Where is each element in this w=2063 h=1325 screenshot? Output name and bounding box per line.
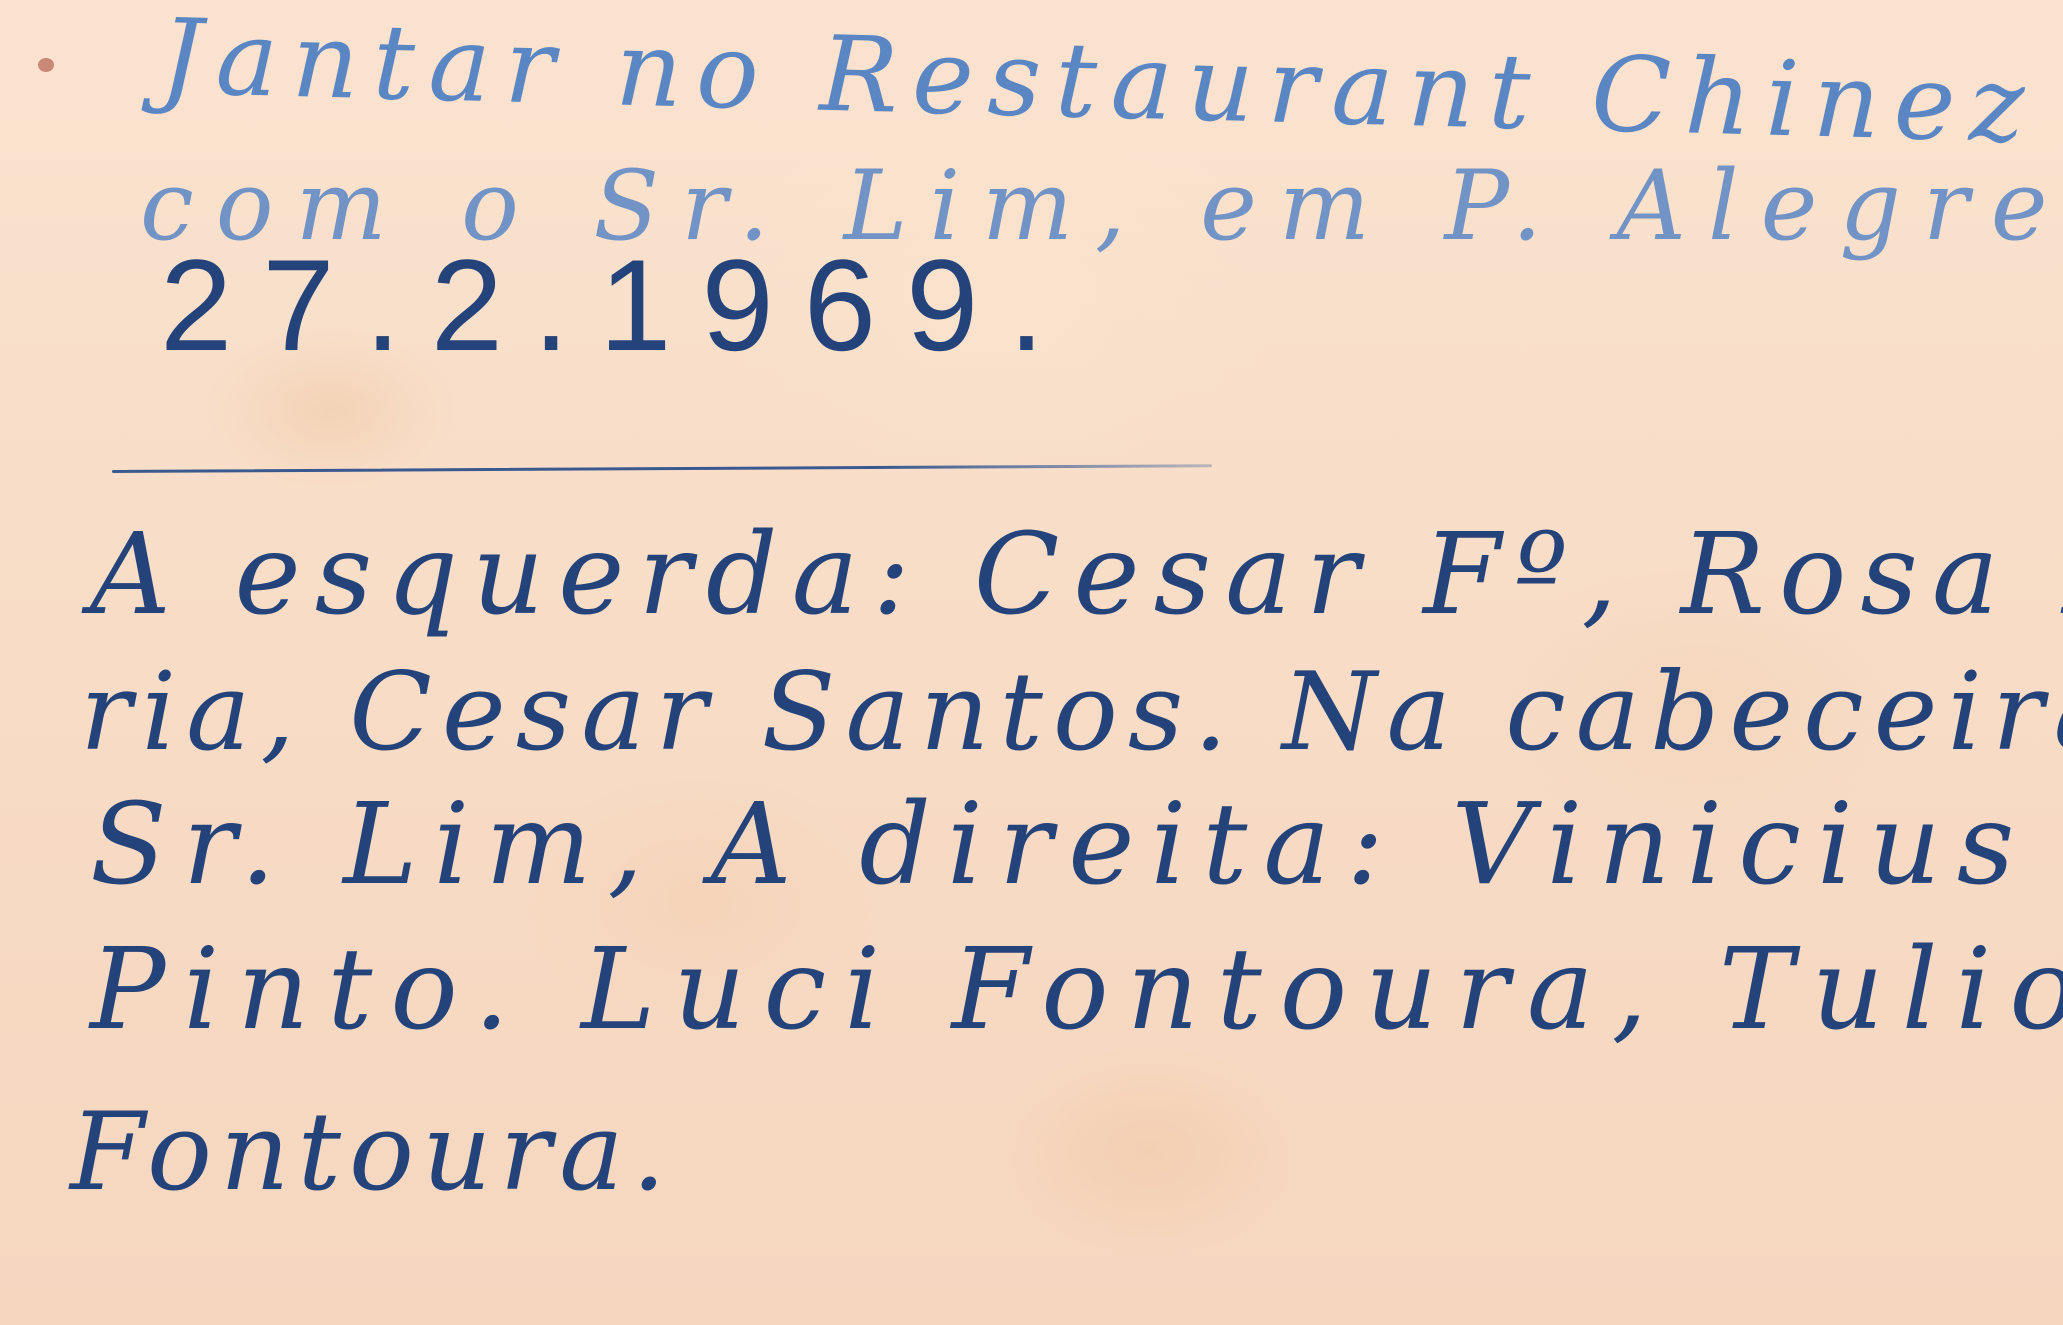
body-line-5: Fontoura. — [70, 1090, 674, 1215]
body-line-2: ria, Cesar Santos. Na cabeceira — [80, 650, 2063, 775]
header-line-1: Jantar no Restaurant Chinez — [159, 0, 2040, 167]
body-line-1: A esquerda: Cesar Fº, Rosa Ma- — [90, 510, 2063, 640]
stain-mark — [38, 58, 54, 72]
date-line: 27.2.1969. — [160, 230, 1074, 380]
body-line-4: Pinto. Luci Fontoura, Tulio — [90, 925, 2063, 1055]
photo-back-card: Jantar no Restaurant Chinez com o Sr. Li… — [0, 0, 2063, 1325]
divider-line — [112, 464, 1212, 473]
body-line-3: Sr. Lim, A direita: Vinicius — [90, 780, 2030, 910]
